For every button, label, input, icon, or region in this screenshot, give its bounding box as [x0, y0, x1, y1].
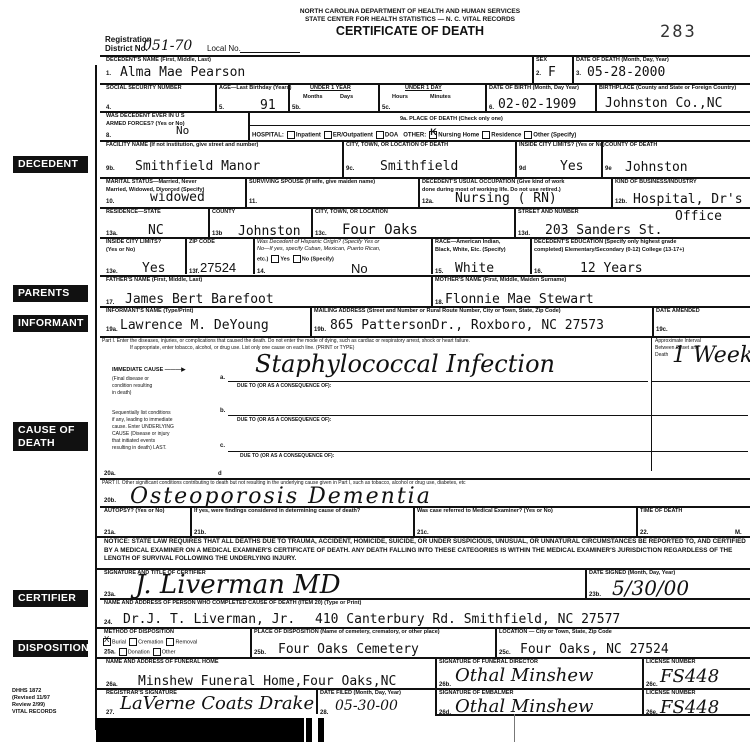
section-certifier: CERTIFIER — [13, 590, 88, 607]
section-decedent: DECEDENT — [13, 156, 88, 173]
form-meta: DHHS 1872 (Revised 11/97 Review 2/99) VI… — [12, 688, 56, 717]
residence-inside-city-field[interactable]: Yes — [142, 261, 165, 276]
dob-field[interactable]: 02-02-1909 — [498, 97, 576, 112]
donation-checkbox[interactable] — [119, 648, 127, 656]
certifier-name-field[interactable]: Dr.J. T. Liverman, Jr. — [123, 612, 295, 627]
mailing-address-field[interactable]: 865 PattersonDr., Roxboro, NC 27573 — [330, 318, 604, 333]
funeral-director-signature-field[interactable]: Othal Minshew — [455, 665, 593, 686]
informant-name-field[interactable]: Lawrence M. DeYoung — [120, 318, 269, 333]
section-parents: PARENTS — [13, 285, 88, 302]
other-checkbox[interactable] — [524, 131, 532, 139]
inside-city-death-field[interactable]: Yes — [560, 159, 583, 174]
zip-field[interactable]: 27524 — [200, 260, 236, 275]
district-label: District No. — [105, 44, 148, 53]
dept-header: NORTH CAROLINA DEPARTMENT OF HEALTH AND … — [250, 8, 570, 15]
removal-checkbox[interactable] — [166, 638, 174, 646]
inpatient-checkbox[interactable] — [287, 131, 295, 139]
disposition-location-field[interactable]: Four Oaks, NC 27524 — [520, 642, 669, 657]
education-field[interactable]: 12 Years — [580, 261, 643, 276]
interval-a-field[interactable]: 1 Week — [672, 343, 750, 368]
place-of-death-options: HOSPITAL:InpatientER/OutpatientDOA OTHER… — [252, 131, 576, 139]
local-no-label: Local No. — [207, 44, 241, 53]
notice-text: NOTICE: STATE LAW REQUIRES THAT ALL DEAT… — [104, 538, 748, 564]
fd-license-field[interactable]: FS448 — [660, 666, 719, 687]
page-number: 283 — [660, 22, 697, 42]
other-disposition-checkbox[interactable] — [153, 648, 161, 656]
residence-state-field[interactable]: NC — [148, 223, 164, 238]
section-disposition: DISPOSITION — [13, 640, 88, 657]
residence-city-field[interactable]: Four Oaks — [342, 222, 418, 238]
facility-field[interactable]: Smithfield Manor — [135, 159, 260, 174]
hispanic-field[interactable]: No — [351, 261, 368, 276]
certifier-address-field[interactable]: 410 Canterbury Rd. Smithfield, NC 27577 — [315, 612, 620, 627]
business-field[interactable]: Hospital, Dr's — [633, 192, 743, 207]
district-number: 051-70 — [143, 38, 192, 54]
redaction-bar — [306, 718, 312, 742]
mother-name-field[interactable]: Flonnie Mae Stewart — [445, 292, 594, 307]
marital-status-field[interactable]: widowed — [150, 190, 205, 205]
birthplace-field[interactable]: Johnston Co.,NC — [605, 96, 722, 111]
funeral-home-field[interactable]: Minshew Funeral Home,Four Oaks,NC — [138, 674, 396, 689]
date-of-death-field[interactable]: 05-28-2000 — [587, 65, 665, 80]
city-of-death-field[interactable]: Smithfield — [380, 159, 458, 174]
hispanic-yes-checkbox[interactable] — [271, 255, 279, 263]
date-filed-field[interactable]: 05-30-00 — [335, 698, 398, 714]
occupation-field[interactable]: Nursing ( RN) — [455, 191, 557, 206]
decedent-name-field[interactable]: Alma Mae Pearson — [120, 65, 245, 80]
certifier-signature-field[interactable]: J. Liverman MD — [135, 570, 341, 600]
disposition-place-field[interactable]: Four Oaks Cemetery — [278, 642, 419, 657]
race-field[interactable]: White — [455, 261, 494, 276]
date-signed-field[interactable]: 5/30/00 — [612, 576, 689, 600]
cause-a-field[interactable]: Staphylococcal Infection — [255, 350, 555, 378]
section-cause-of-death: CAUSE OF DEATH — [13, 422, 88, 451]
page-title: CERTIFICATE OF DEATH — [250, 24, 570, 38]
residence-checkbox[interactable] — [482, 131, 490, 139]
er-checkbox[interactable] — [324, 131, 332, 139]
father-name-field[interactable]: James Bert Barefoot — [125, 292, 274, 307]
redaction-bar — [318, 718, 324, 742]
cremation-checkbox[interactable] — [129, 638, 137, 646]
redaction-bar — [96, 718, 304, 742]
residence-street-field[interactable]: 203 Sanders St. — [545, 223, 662, 238]
doa-checkbox[interactable] — [376, 131, 384, 139]
registrar-signature-field[interactable]: LaVerne Coats Drake — [120, 693, 314, 714]
center-header: STATE CENTER FOR HEALTH STATISTICS — N. … — [250, 16, 570, 23]
nursing-home-checkbox[interactable]: K — [429, 131, 437, 139]
sex-field[interactable]: F — [548, 65, 556, 80]
armed-forces-field[interactable]: No — [176, 124, 189, 137]
name-label: DECEDENT'S NAME (First, Middle, Last) — [106, 57, 211, 63]
county-of-death-field[interactable]: Johnston — [625, 160, 688, 175]
burial-checkbox[interactable]: X — [103, 638, 111, 646]
hispanic-no-checkbox[interactable] — [293, 255, 301, 263]
section-informant: INFORMANT — [13, 315, 88, 332]
